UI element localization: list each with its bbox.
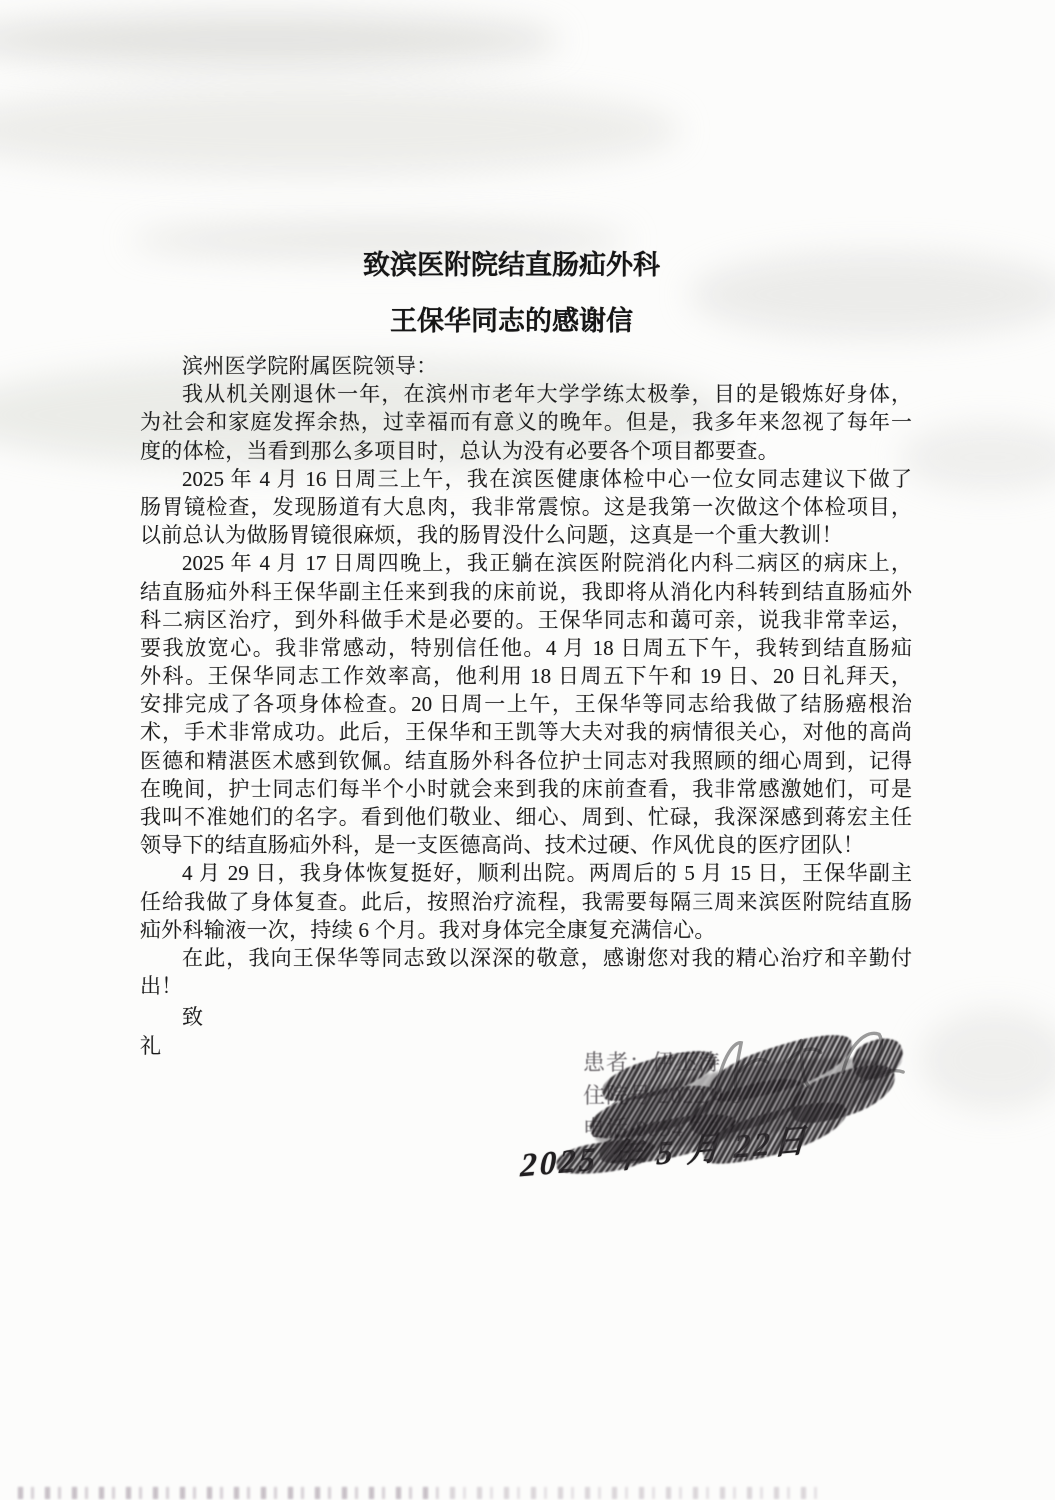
body-line: 医德和精湛医术感到钦佩。结直肠外科各位护士同志对我照顾的细心周到，记得	[140, 747, 912, 775]
scan-smudge	[0, 85, 680, 175]
body-line: 外科。王保华同志工作效率高，他利用 18 日周五下午和 19 日、20 日礼拜天…	[140, 662, 912, 690]
body-line: 以前总认为做肠胃镜很麻烦，我的肠胃没什么问题，这真是一个重大教训！	[140, 521, 912, 549]
body-line: 要我放宽心。我非常感动，特别信任他。4 月 18 日周五下午，我转到结直肠疝	[140, 634, 912, 662]
body-line: 出！	[140, 972, 912, 1000]
body-line: 科二病区治疗，到外科做手术是必要的。王保华同志和蔼可亲，说我非常幸运，	[140, 606, 912, 634]
body-line: 2025 年 4 月 17 日周四晚上，我正躺在滨医附院消化内科二病区的病床上，	[140, 549, 912, 577]
scan-smudge	[0, 14, 560, 66]
body-line: 领导下的结直肠疝外科，是一支医德高尚、技术过硬、作风优良的医疗团队！	[140, 831, 912, 859]
salutation-line: 滨州医学院附属医院领导：	[140, 352, 912, 380]
body-line: 2025 年 4 月 16 日周三上午，我在滨医健康体检中心一位女同志建议下做了	[140, 465, 912, 493]
body-line: 度的体检，当看到那么多项目时，总认为没有必要各个项目都要查。	[140, 437, 912, 465]
body-line: 结直肠疝外科王保华副主任来到我的床前说，我即将从消化内科转到结直肠疝外	[140, 578, 912, 606]
body-line: 为社会和家庭发挥余热，过幸福而有意义的晚年。但是，我多年来忽视了每年一	[140, 408, 912, 436]
body-line: 在晚间，护士同志们每半个小时就会来到我的床前查看，我非常感激她们，可是	[140, 775, 912, 803]
body-line: 我叫不准她们的名字。看到他们敬业、细心、周到、忙碌，我深深感到蒋宏主任	[140, 803, 912, 831]
bleed-through-text	[18, 1487, 438, 1499]
body-line: 肠胃镜检查，发现肠道有大息肉，我非常震惊。这是我第一次做这个体检项目，	[140, 493, 912, 521]
body-line: 安排完成了各项身体检查。20 日周一上午，王保华等同志给我做了结肠癌根治	[140, 690, 912, 718]
body-line: 疝外科输液一次，持续 6 个月。我对身体完全康复充满信心。	[140, 916, 912, 944]
letter-title-line2: 王保华同志的感谢信	[0, 299, 1039, 338]
body-line: 在此，我向王保华等同志致以深深的敬意，感谢您对我的精心治疗和辛勤付	[140, 944, 912, 972]
scanned-letter-page: 致滨医附院结直肠疝外科 王保华同志的感谢信 滨州医学院附属医院领导： 我从机关刚…	[0, 0, 1055, 1500]
body-line: 任给我做了身体复查。此后，按照治疗流程，我需要每隔三周来滨医附院结直肠	[140, 888, 912, 916]
letter-title-line1: 致滨医附院结直肠疝外科	[0, 243, 1039, 282]
body-line: 我从机关刚退休一年，在滨州市老年大学学练太极拳，目的是锻炼好身体，	[140, 380, 912, 408]
body-line: 术，手术非常成功。此后，王保华和王凯等大夫对我的病情很关心，对他的高尚	[140, 718, 912, 746]
scan-smudge	[920, 1010, 1055, 1110]
body-line: 4 月 29 日，我身体恢复挺好，顺利出院。两周后的 5 月 15 日，王保华副…	[140, 859, 912, 887]
letter-body: 滨州医学院附属医院领导： 我从机关刚退休一年，在滨州市老年大学学练太极拳，目的是…	[140, 352, 912, 1060]
scan-smudge	[900, 425, 1055, 490]
